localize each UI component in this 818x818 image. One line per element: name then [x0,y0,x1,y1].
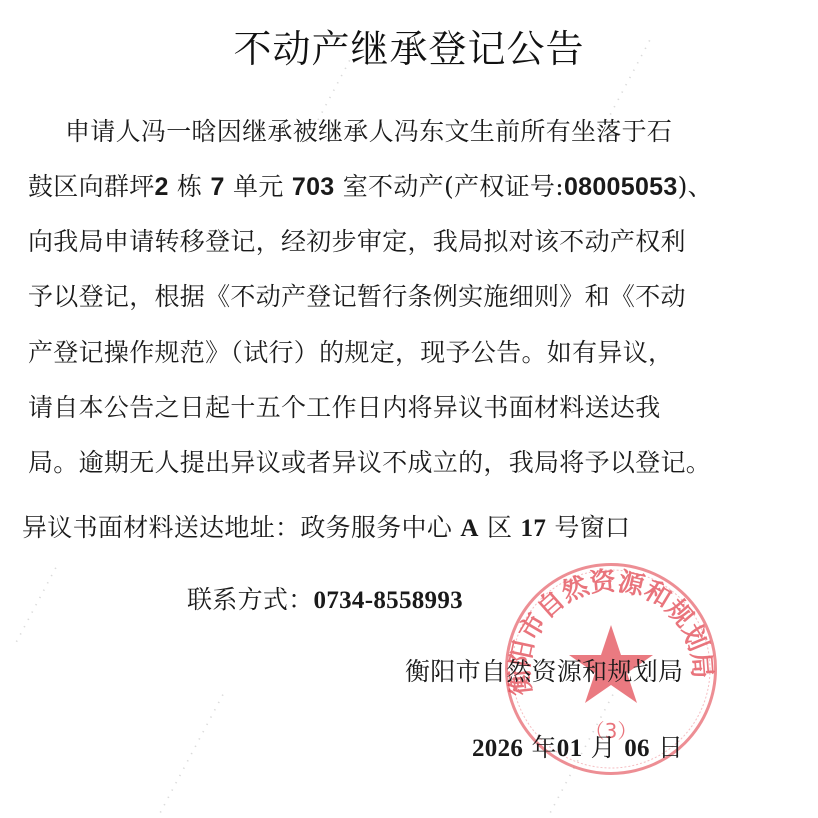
room-number: 703 [292,173,335,201]
certificate-number: 08005053 [564,173,678,201]
body-line-4: 予以登记，根据《不动产登记暂行条例实施细则》和《不动 [28,277,686,313]
building-number: 2 [155,173,169,201]
body-text: )、 [678,172,713,201]
address-value: 区 [487,513,512,542]
body-text: 鼓区向群坪 [28,172,155,201]
watermark: · · · · · · · · · · · [10,563,64,647]
body-text: 申请人冯一晗因继承被继承人冯东文生前所有坐落于石 [65,117,672,146]
body-text: 栋 [177,172,202,201]
issuer: 衡阳市自然资源和规划局 [405,652,683,688]
issuer-name: 衡阳市自然资源和规划局 [405,657,683,686]
date-line: 2026 年01 月 06 日 [472,728,683,764]
body-line-5: 产登记操作规范》（试行）的规定，现予公告。如有异议， [28,333,673,369]
body-line-7: 局。逾期无人提出异议或者异议不成立的，我局将予以登记。 [28,443,711,479]
address-label: 异议书面材料送达地址： [22,513,300,542]
date-unit: 年 [531,733,556,762]
contact-phone: 0734-8558993 [314,587,463,614]
date-year: 2026 [472,735,523,762]
date-month: 01 [557,735,583,762]
address-zone: A [460,515,478,542]
address-value: 号窗口 [554,513,630,542]
window-number: 17 [521,515,547,542]
date-unit: 月 [591,733,616,762]
watermark: · · · · · · · · · · · · · · · · · · [150,690,231,818]
address-value: 政务服务中心 [300,513,452,542]
body-line-3: 向我局申请转移登记，经初步审定，我局拟对该不动产权利 [28,222,686,258]
date-day: 06 [624,735,650,762]
body-text: 产登记操作规范》（试行）的规定，现予公告。如有异议， [28,338,673,367]
body-text: 局。逾期无人提出异议或者异议不成立的，我局将予以登记。 [28,448,711,477]
body-line-1: 申请人冯一晗因继承被继承人冯东文生前所有坐落于石 [65,112,672,148]
body-text: 予以登记，根据《不动产登记暂行条例实施细则》和《不动 [28,282,686,311]
date-unit: 日 [658,733,683,762]
unit-number: 7 [211,173,225,201]
body-text: 请自本公告之日起十五个工作日内将异议书面材料送达我 [28,393,661,422]
contact-line: 联系方式：0734-8558993 [187,580,463,616]
contact-label: 联系方式： [187,585,314,614]
body-line-2: 鼓区向群坪2 栋 7 单元 703 室不动产(产权证号:08005053)、 [28,167,713,203]
body-line-6: 请自本公告之日起十五个工作日内将异议书面材料送达我 [28,388,661,424]
body-text: 向我局申请转移登记，经初步审定，我局拟对该不动产权利 [28,227,686,256]
address-line: 异议书面材料送达地址：政务服务中心 A 区 17 号窗口 [22,508,630,544]
body-text: 室不动产(产权证号: [343,172,564,201]
page-title: 不动产继承登记公告 [0,18,818,73]
body-text: 单元 [233,172,284,201]
